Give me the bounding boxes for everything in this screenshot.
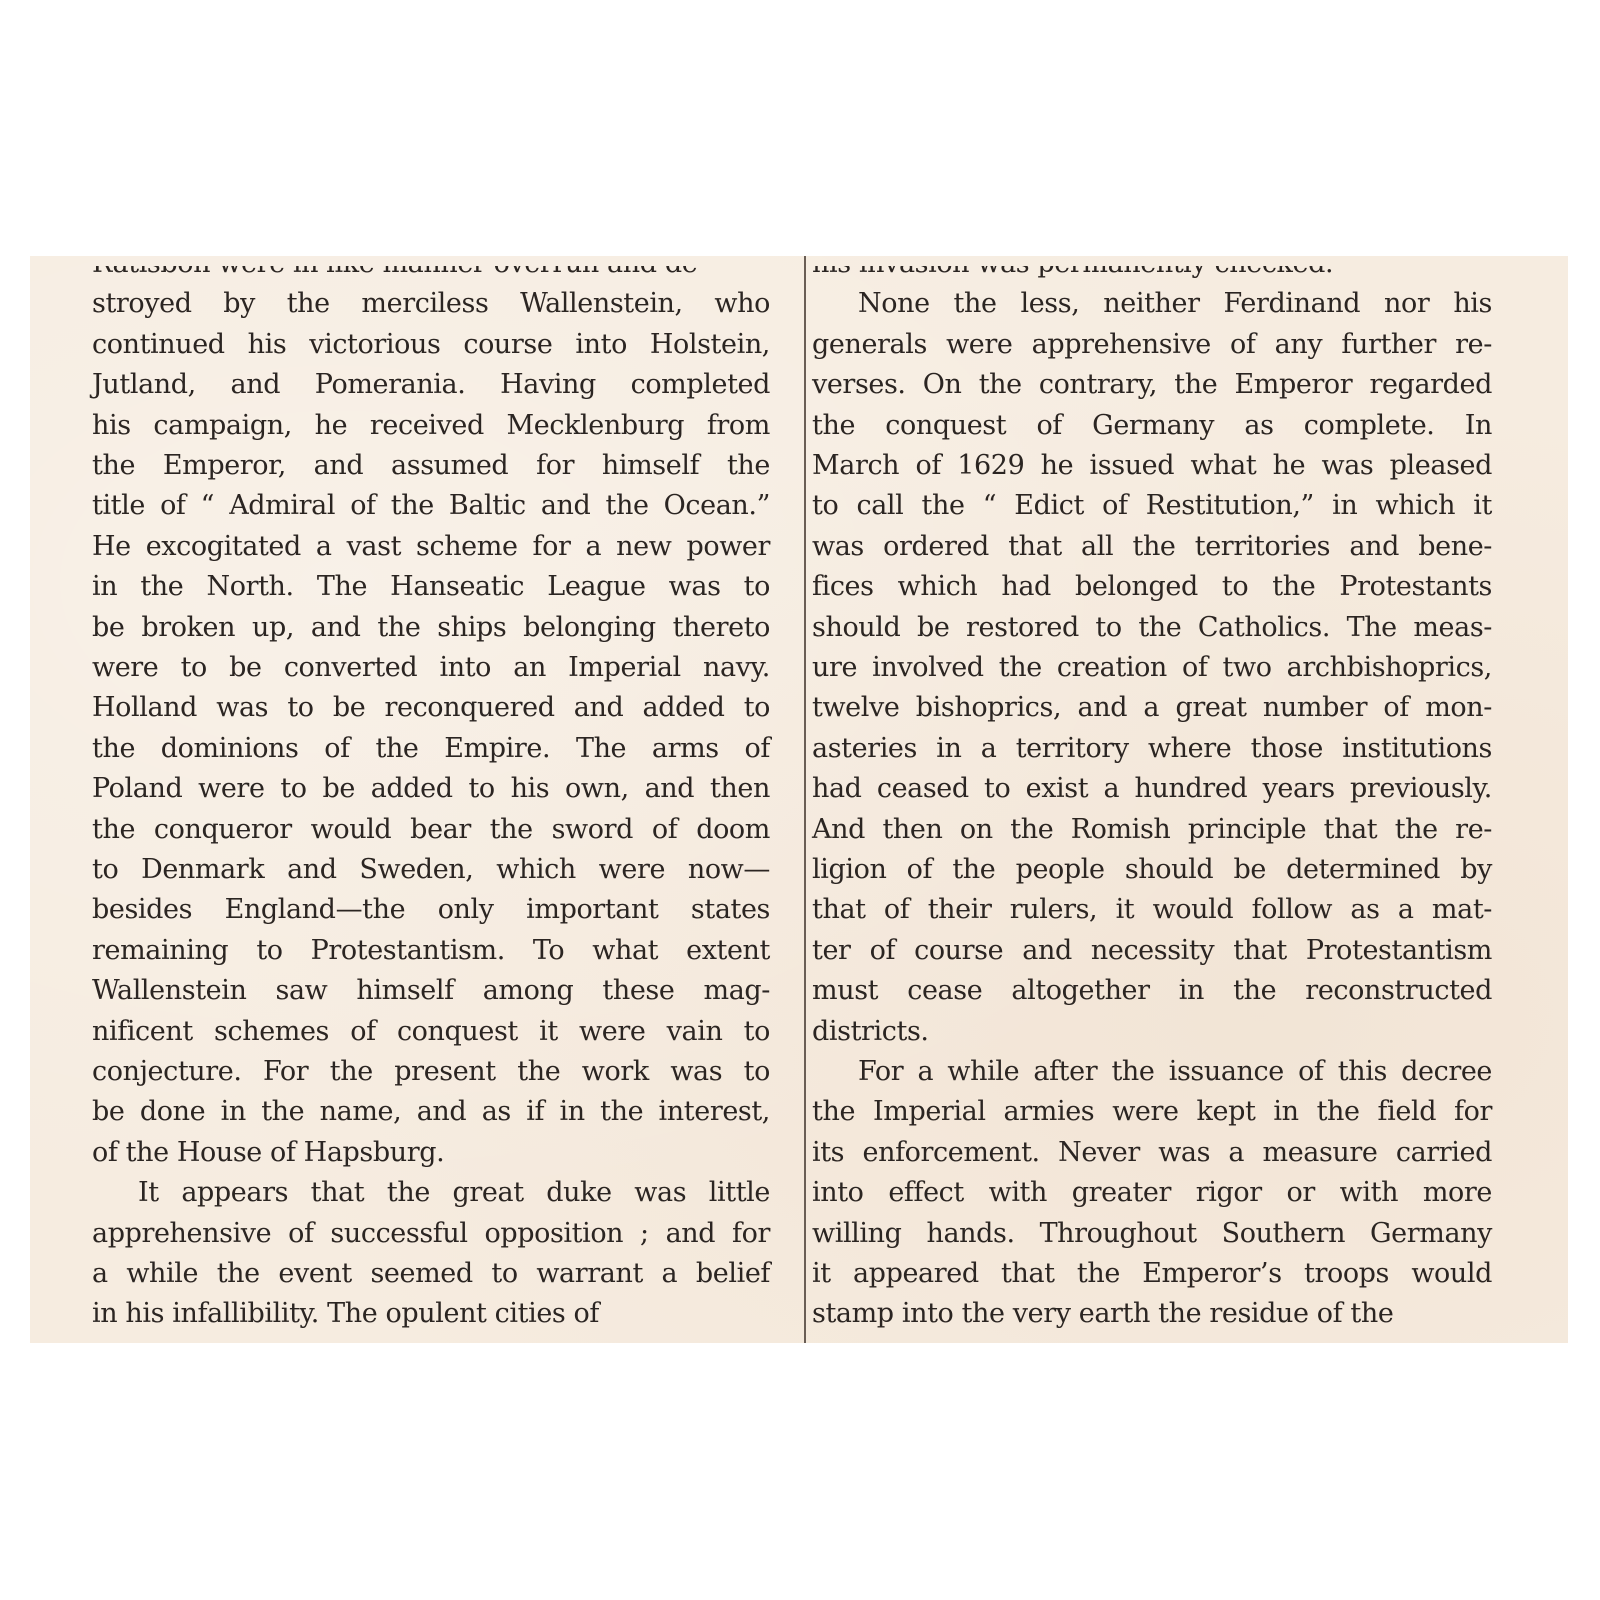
cropped-text-line: his invasion was permanently checked. (812, 256, 1492, 284)
text-line: in his infallibility. The opulent cities… (92, 1294, 770, 1334)
text-line: the conquest of Germany as complete. In (812, 406, 1492, 446)
text-line: his campaign, he received Mecklenburg fr… (92, 406, 770, 446)
text-line: be broken up, and the ships belonging th… (92, 608, 770, 648)
text-line: to call the “ Edict of Restitution,” in … (812, 486, 1492, 526)
text-line: For a while after the issuance of this d… (812, 1052, 1492, 1092)
text-line: besides England—the only important state… (92, 890, 770, 930)
text-line: the dominions of the Empire. The arms of (92, 729, 770, 769)
text-line: of the House of Hapsburg. (92, 1133, 770, 1173)
text-line: None the less, neither Ferdinand nor his (812, 284, 1492, 324)
text-line: apprehensive of successful opposition ; … (92, 1214, 770, 1254)
text-line: should be restored to the Catholics. The… (812, 608, 1492, 648)
text-line: stamp into the very earth the residue of… (812, 1294, 1492, 1334)
text-line: its enforcement. Never was a measure car… (812, 1133, 1492, 1173)
text-line: districts. (812, 1012, 1492, 1052)
text-line: And then on the Romish principle that th… (812, 810, 1492, 850)
text-line: that of their rulers, it would follow as… (812, 890, 1492, 930)
column-divider (804, 256, 806, 1343)
text-line: willing hands. Throughout Southern Germa… (812, 1214, 1492, 1254)
text-line: twelve bishoprics, and a great number of… (812, 688, 1492, 728)
text-line: stroyed by the merciless Wallenstein, wh… (92, 284, 770, 324)
text-line: must cease altogether in the reconstruct… (812, 971, 1492, 1011)
text-line: ter of course and necessity that Protest… (812, 931, 1492, 971)
text-line: the Imperial armies were kept in the fie… (812, 1092, 1492, 1132)
text-line: fices which had belonged to the Protesta… (812, 567, 1492, 607)
text-line: generals were apprehensive of any furthe… (812, 325, 1492, 365)
text-line: verses. On the contrary, the Emperor reg… (812, 365, 1492, 405)
text-line: It appears that the great duke was littl… (92, 1173, 770, 1213)
text-line: to Denmark and Sweden, which were now— (92, 850, 770, 890)
text-line: a while the event seemed to warrant a be… (92, 1254, 770, 1294)
text-line: into effect with greater rigor or with m… (812, 1173, 1492, 1213)
text-line: He excogitated a vast scheme for a new p… (92, 527, 770, 567)
text-line: was ordered that all the territories and… (812, 527, 1492, 567)
text-line: Jutland, and Pomerania. Having completed (92, 365, 770, 405)
text-line: it appeared that the Emperor’s troops wo… (812, 1254, 1492, 1294)
text-line: title of “ Admiral of the Baltic and the… (92, 486, 770, 526)
text-line: Holland was to be reconquered and added … (92, 688, 770, 728)
text-line: Poland were to be added to his own, and … (92, 769, 770, 809)
text-line: nificent schemes of conquest it were vai… (92, 1012, 770, 1052)
text-line: conjecture. For the present the work was… (92, 1052, 770, 1092)
text-line: ure involved the creation of two archbis… (812, 648, 1492, 688)
text-line: be done in the name, and as if in the in… (92, 1092, 770, 1132)
text-line: Wallenstein saw himself among these mag- (92, 971, 770, 1011)
text-line: asteries in a territory where those inst… (812, 729, 1492, 769)
text-line: were to be converted into an Imperial na… (92, 648, 770, 688)
scanned-page: Ratisbon were in like manner overrun and… (30, 256, 1568, 1343)
text-line: March of 1629 he issued what he was plea… (812, 446, 1492, 486)
text-line: continued his victorious course into Hol… (92, 325, 770, 365)
text-line: the conqueror would bear the sword of do… (92, 810, 770, 850)
text-line: ligion of the people should be determine… (812, 850, 1492, 890)
text-line: remaining to Protestantism. To what exte… (92, 931, 770, 971)
cropped-text-line: Ratisbon were in like manner overrun and… (92, 256, 770, 284)
text-line: in the North. The Hanseatic League was t… (92, 567, 770, 607)
text-line: the Emperor, and assumed for himself the (92, 446, 770, 486)
text-line: had ceased to exist a hundred years prev… (812, 769, 1492, 809)
